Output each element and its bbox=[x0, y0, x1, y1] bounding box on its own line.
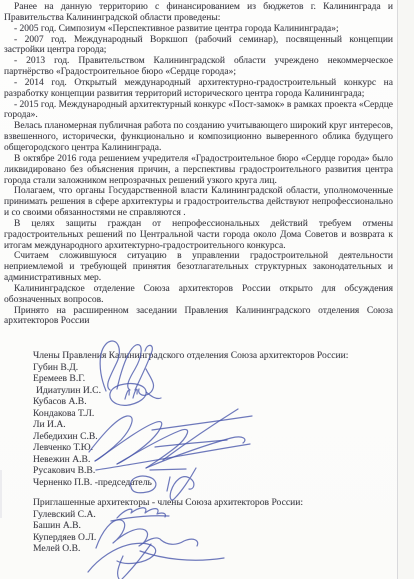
member-name: Ли И.А. bbox=[33, 419, 348, 431]
paragraph: - 2015 год. Международный архитектурный … bbox=[4, 100, 393, 122]
invited-name: Башин А.В. bbox=[33, 520, 303, 532]
invited-section: Приглашенные архитекторы - члены Союза а… bbox=[33, 497, 303, 555]
letter-body: Ранее на данную территорию с финансирова… bbox=[4, 2, 393, 327]
member-name: Кондакова Т.Л. bbox=[33, 408, 348, 420]
member-name: Кубасов А.В. bbox=[33, 396, 348, 408]
member-name: Еремеев В.Г. bbox=[33, 373, 348, 385]
invited-name: Гулевский С.А. bbox=[33, 509, 303, 521]
member-name-chairman: Черненко П.В. -председатель bbox=[33, 477, 348, 489]
member-name: Невежин А.В. bbox=[33, 454, 348, 466]
paragraph: В целях защиты граждан от непрофессионал… bbox=[4, 219, 393, 252]
paragraph: - 2013 год. Правительством Калининградск… bbox=[4, 56, 393, 78]
signature-ink bbox=[118, 556, 123, 579]
paragraph: - 2014 год. Открытый международный архит… bbox=[4, 78, 393, 100]
document-page: Ранее на данную территорию с финансирова… bbox=[0, 0, 414, 579]
paragraph: - 2007 год. Международный Воркшоп (рабоч… bbox=[4, 35, 393, 57]
invited-name: Купердяев О.Л. bbox=[33, 532, 303, 544]
member-name: Губин В.Д. bbox=[33, 362, 348, 374]
scan-left-streak bbox=[0, 470, 2, 518]
paragraph: Калининградское отделение Союза архитект… bbox=[4, 284, 393, 306]
member-name: Левченко Т.Ю. bbox=[33, 442, 348, 454]
paragraph: Велась планомерная публичная работа по с… bbox=[4, 121, 393, 154]
members-section: Члены Правления Калининградского отделен… bbox=[33, 350, 348, 488]
paragraph: Считаем сложившуюся ситуацию в управлени… bbox=[4, 251, 393, 284]
paragraph: Ранее на данную территорию с финансирова… bbox=[4, 2, 393, 24]
paragraph: - 2005 год. Симпозиум «Перспективное раз… bbox=[4, 24, 393, 35]
invited-name: Мелей О.В. bbox=[33, 543, 303, 555]
scan-edge-line bbox=[397, 0, 398, 579]
member-name: Лебедихин С.В. bbox=[33, 431, 348, 443]
paragraph: В октябре 2016 года решением учредителя … bbox=[4, 154, 393, 187]
paragraph: Полагаем, что органы Государственной вла… bbox=[4, 186, 393, 219]
scan-edge-strip bbox=[398, 0, 414, 579]
paragraph: Принято на расширенном заседании Правлен… bbox=[4, 306, 393, 328]
member-name: Идиатулин И.С. bbox=[33, 385, 348, 397]
member-name: Русакович В.В. bbox=[33, 465, 348, 477]
invited-heading: Приглашенные архитекторы - члены Союза а… bbox=[33, 497, 303, 509]
members-heading: Члены Правления Калининградского отделен… bbox=[33, 350, 348, 362]
